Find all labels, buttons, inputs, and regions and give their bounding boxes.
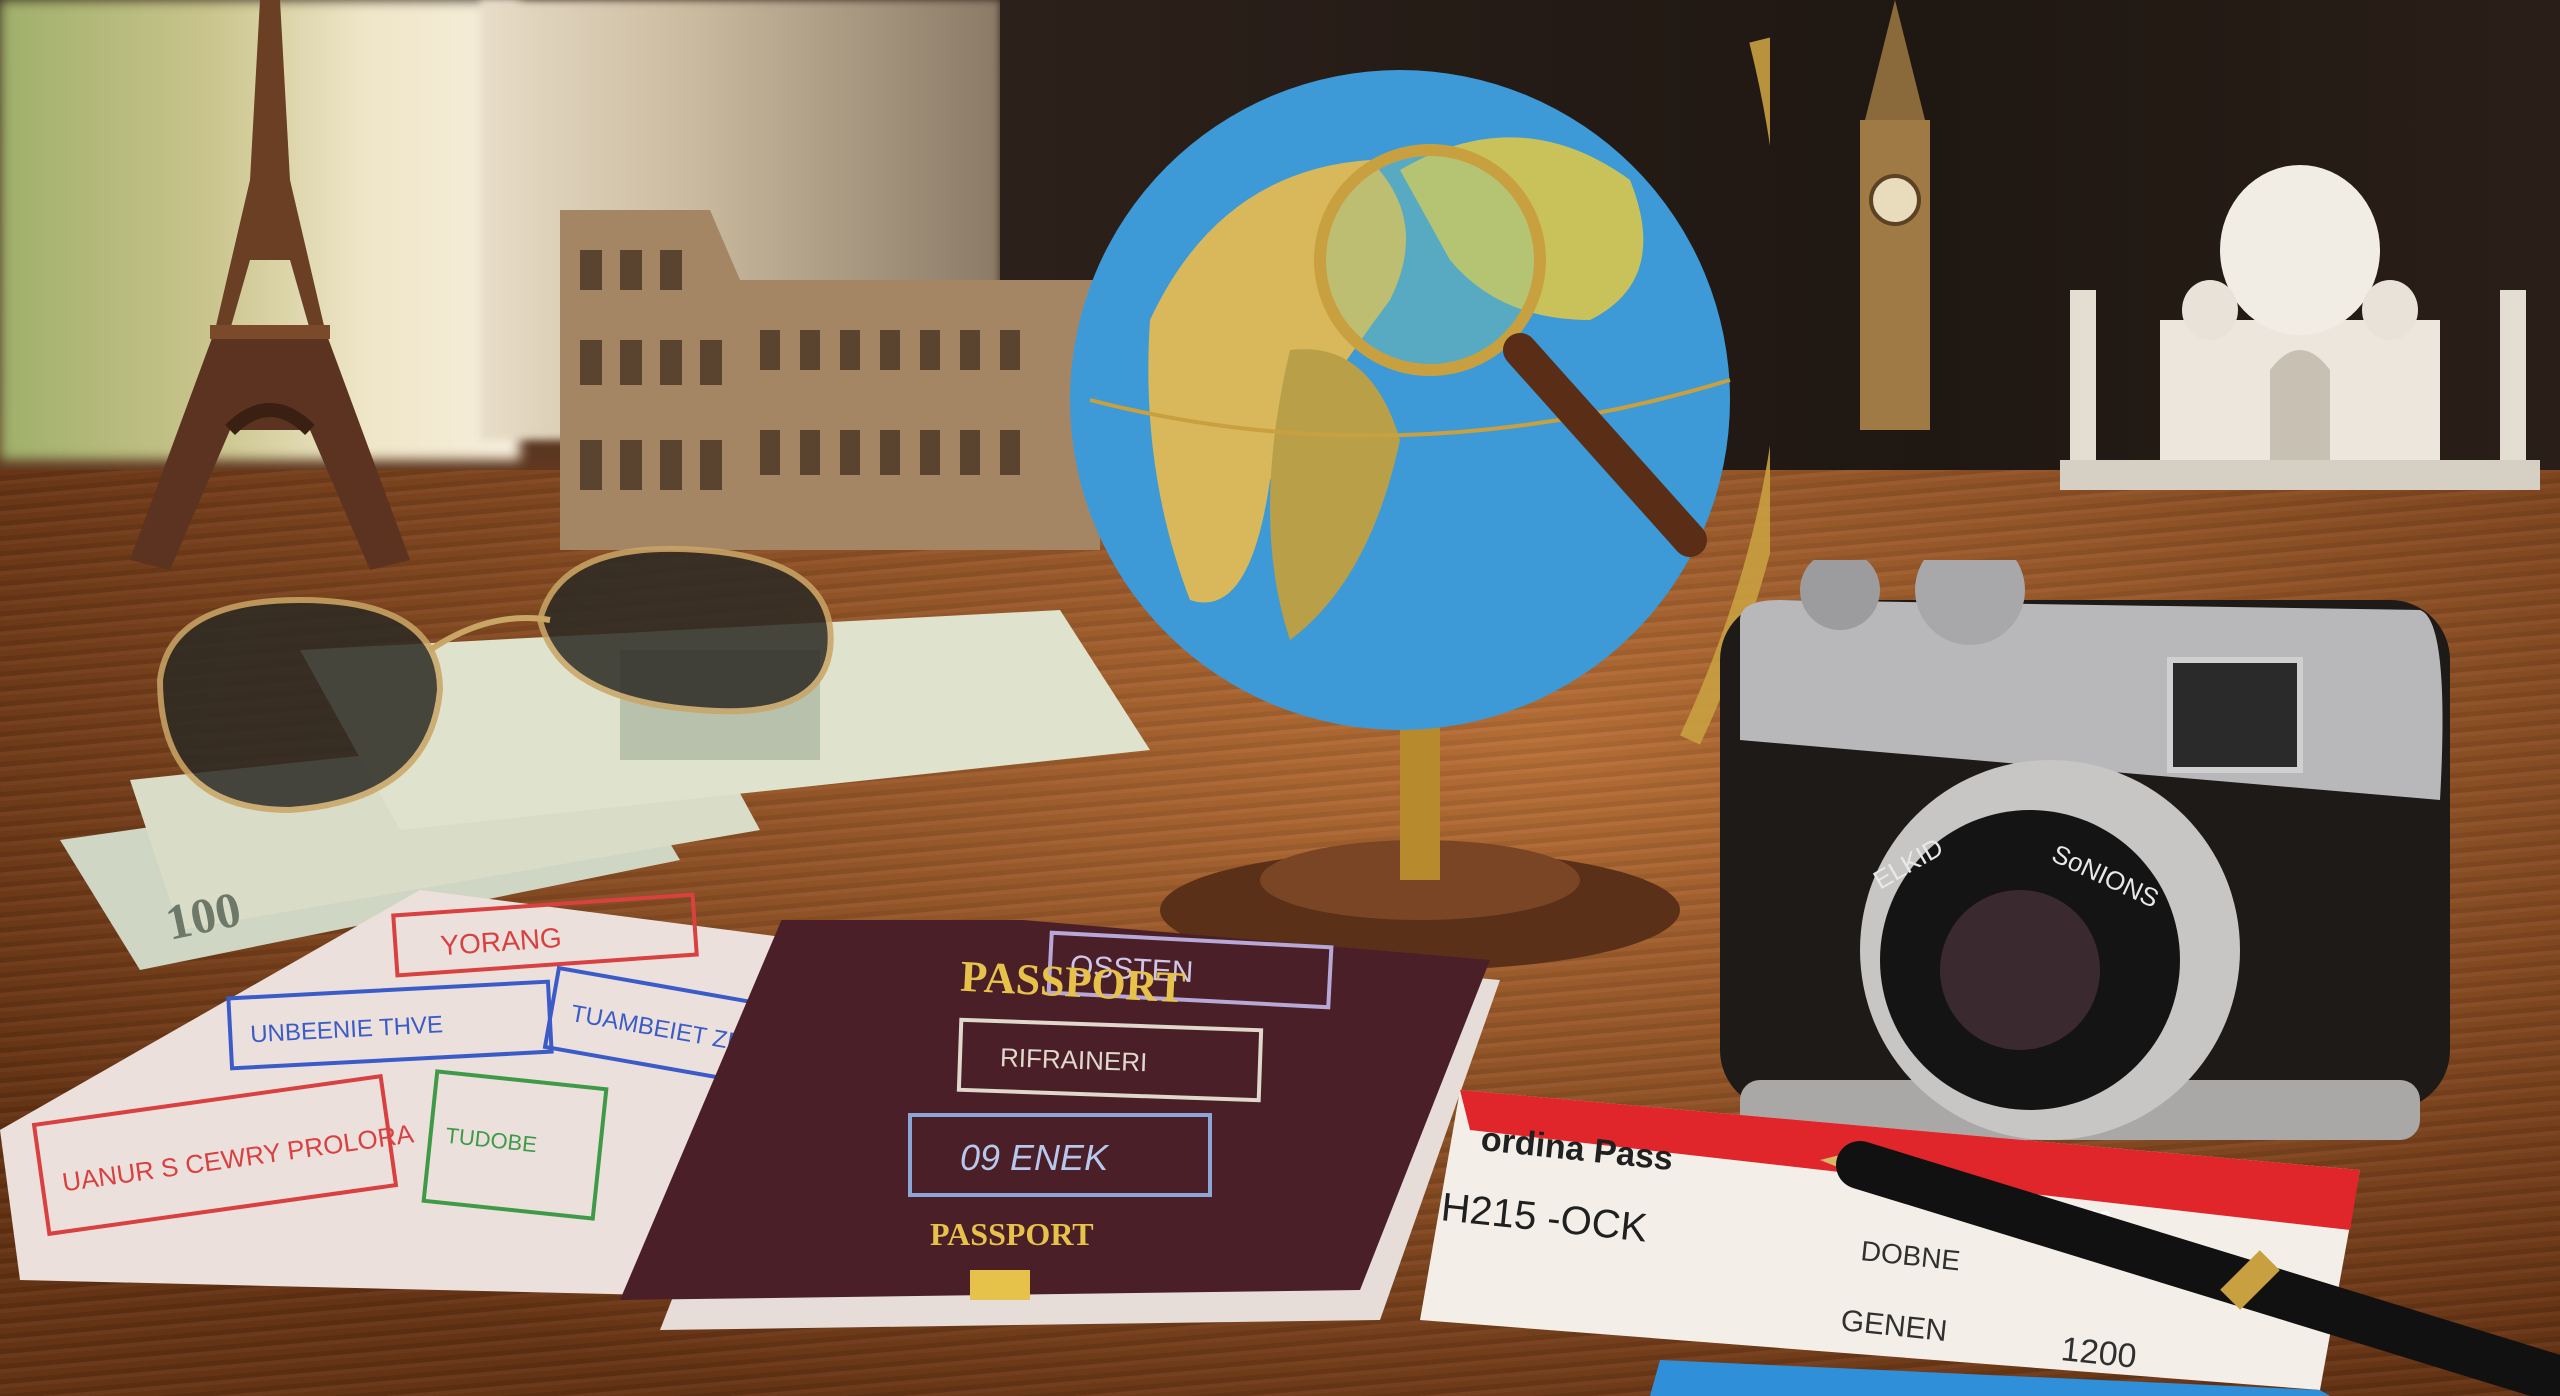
biometric-chip-icon [970, 1270, 1030, 1300]
travel-still-life: 100 ELKID SoNIONS [0, 0, 2560, 1396]
globe [1070, 20, 1770, 980]
passport-cover: OSSTEN PASSPORT RIFRAINERI 09 ENEK PASSP… [620, 920, 1520, 1390]
sunglasses [140, 540, 880, 860]
passport-stamp-bottom: 09 ENEK [960, 1137, 1110, 1178]
pen [1820, 1140, 2560, 1396]
eiffel-tower-model [110, 0, 430, 600]
colosseum-model [560, 210, 1100, 550]
big-ben-model [1830, 0, 1960, 430]
passport-title-bottom: PASSPORT [930, 1216, 1094, 1252]
taj-mahal-model [2060, 150, 2540, 490]
passport-stamp-middle: RIFRAINERI [1000, 1042, 1148, 1077]
